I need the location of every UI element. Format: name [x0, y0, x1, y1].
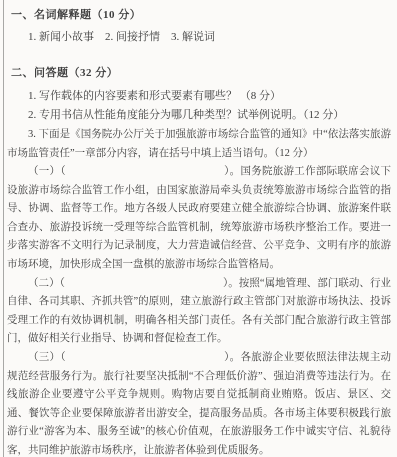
- passage-3-close-paren: ）。: [224, 352, 241, 363]
- passage-3: （三）（）。各旅游企业要依照法律法规主动规范经营服务行为。旅行社要坚决抵制“不合…: [7, 349, 391, 457]
- passage-3-open-paren: （: [60, 352, 66, 363]
- passage-1-close-paren: ）。: [224, 166, 241, 177]
- passage-3-label: （三）: [28, 352, 60, 363]
- question-2: 2. 专用书信从性能角度能分为哪几种类型？试举例说明。（12 分）: [7, 106, 391, 125]
- passage-3-fill-blank: [66, 359, 224, 360]
- passage-1-body: 国务院旅游工作部际联席会议下设旅游市场综合监管工作小组，由国家旅游局牵头负责统筹…: [7, 166, 391, 270]
- exam-page: 一、名词解释题（10 分） 1. 新闻小故事 2. 间接抒情 3. 解说词 二、…: [7, 7, 391, 457]
- passage-1-open-paren: （: [60, 166, 66, 177]
- section2-heading: 二、问答题（32 分）: [11, 65, 391, 81]
- passage-2-label: （二）: [28, 278, 60, 289]
- passage-1-fill-blank: [66, 173, 224, 174]
- page-left-border: [3, 0, 4, 457]
- passage-2-fill-blank: [65, 285, 223, 286]
- passage-3-body: 各旅游企业要依照法律法规主动规范经营服务行为。旅行社要坚决抵制“不合理低价游”、…: [7, 352, 391, 456]
- question-1: 1. 写作载体的内容要素和形式要素有哪些？ （8 分）: [7, 87, 391, 106]
- passage-2-close-paren: ）。: [223, 278, 239, 289]
- passage-1: （一）（）。国务院旅游工作部际联席会议下设旅游市场综合监管工作小组，由国家旅游局…: [7, 163, 391, 275]
- passage-2: （二）（）。按照“属地管理、部门联动、行业自律、各司其职、齐抓共管”的原则，建立…: [7, 275, 391, 349]
- passage-1-label: （一）: [28, 166, 60, 177]
- section1-heading: 一、名词解释题（10 分）: [11, 7, 391, 23]
- section1-terms-line: 1. 新闻小故事 2. 间接抒情 3. 解说词: [7, 29, 391, 45]
- passage-2-open-paren: （: [60, 278, 65, 289]
- question-3: 3. 下面是《国务院办公厅关于加强旅游市场综合监管的通知》中“依法落实旅游市场监…: [7, 125, 391, 163]
